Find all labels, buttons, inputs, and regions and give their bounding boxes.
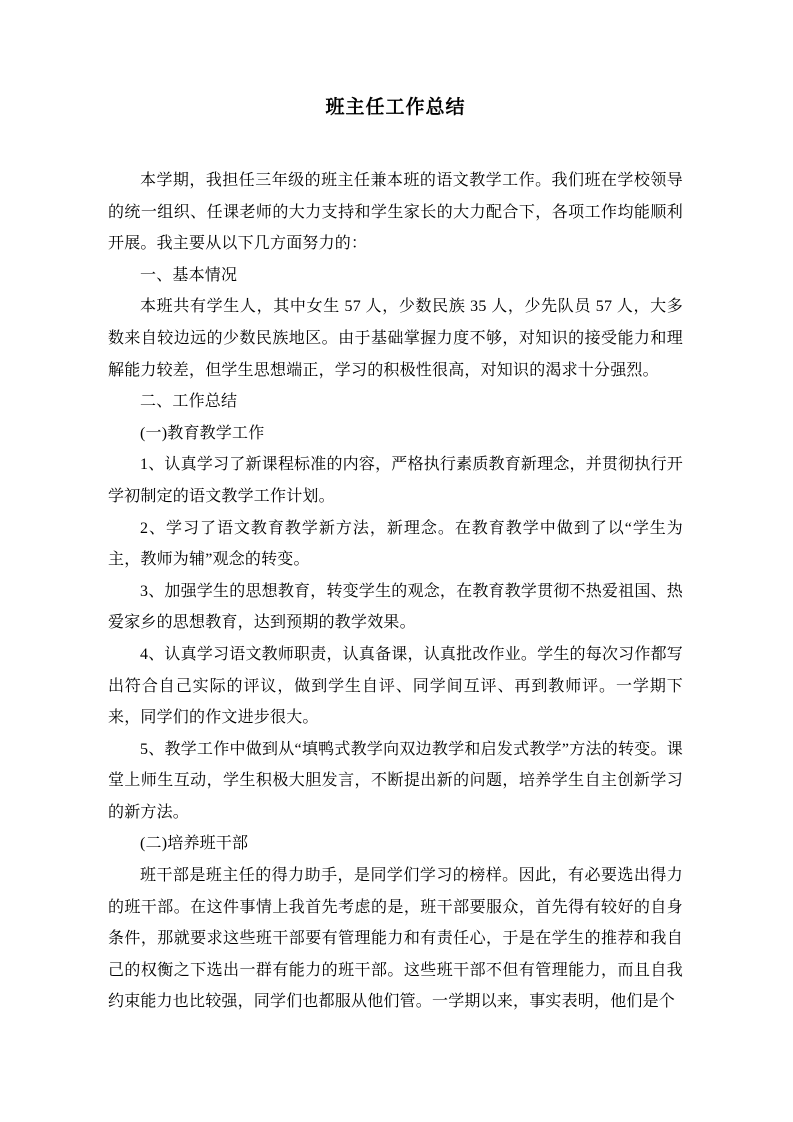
document-body: 本学期，我担任三年级的班主任兼本班的语文教学工作。我们班在学校领导的统一组织、任…: [108, 165, 683, 1018]
paragraph-intro: 本学期，我担任三年级的班主任兼本班的语文教学工作。我们班在学校领导的统一组织、任…: [108, 165, 683, 260]
paragraph-item-4: 4、认真学习语文教师职责，认真备课，认真批改作业。学生的每次习作都写出符合自己实…: [108, 639, 683, 734]
paragraph-item-1: 1、认真学习了新课程标准的内容，严格执行素质教育新理念，并贯彻执行开学初制定的语…: [108, 449, 683, 512]
paragraph-item-5: 5、教学工作中做到从“填鸭式教学向双边教学和启发式教学”方法的转变。课堂上师生互…: [108, 734, 683, 829]
document-title: 班主任工作总结: [108, 97, 683, 119]
paragraph-item-3: 3、加强学生的思想教育，转变学生的观念，在教育教学贯彻不热爱祖国、热爱家乡的思想…: [108, 576, 683, 639]
document-page: 班主任工作总结 本学期，我担任三年级的班主任兼本班的语文教学工作。我们班在学校领…: [0, 0, 793, 1122]
paragraph-basic-info: 本班共有学生人，其中女生 57 人，少数民族 35 人，少先队员 57 人，大多…: [108, 291, 683, 386]
heading-class-cadres: (二)培养班干部: [108, 828, 683, 860]
heading-work-summary: 二、工作总结: [108, 386, 683, 418]
paragraph-class-cadres: 班干部是班主任的得力助手，是同学们学习的榜样。因此，有必要选出得力的班干部。在这…: [108, 860, 683, 1018]
heading-teaching-work: (一)教育教学工作: [108, 418, 683, 450]
heading-basic-info: 一、基本情况: [108, 260, 683, 292]
paragraph-item-2: 2、学习了语文教育教学新方法，新理念。在教育教学中做到了以“学生为主，教师为辅”…: [108, 513, 683, 576]
